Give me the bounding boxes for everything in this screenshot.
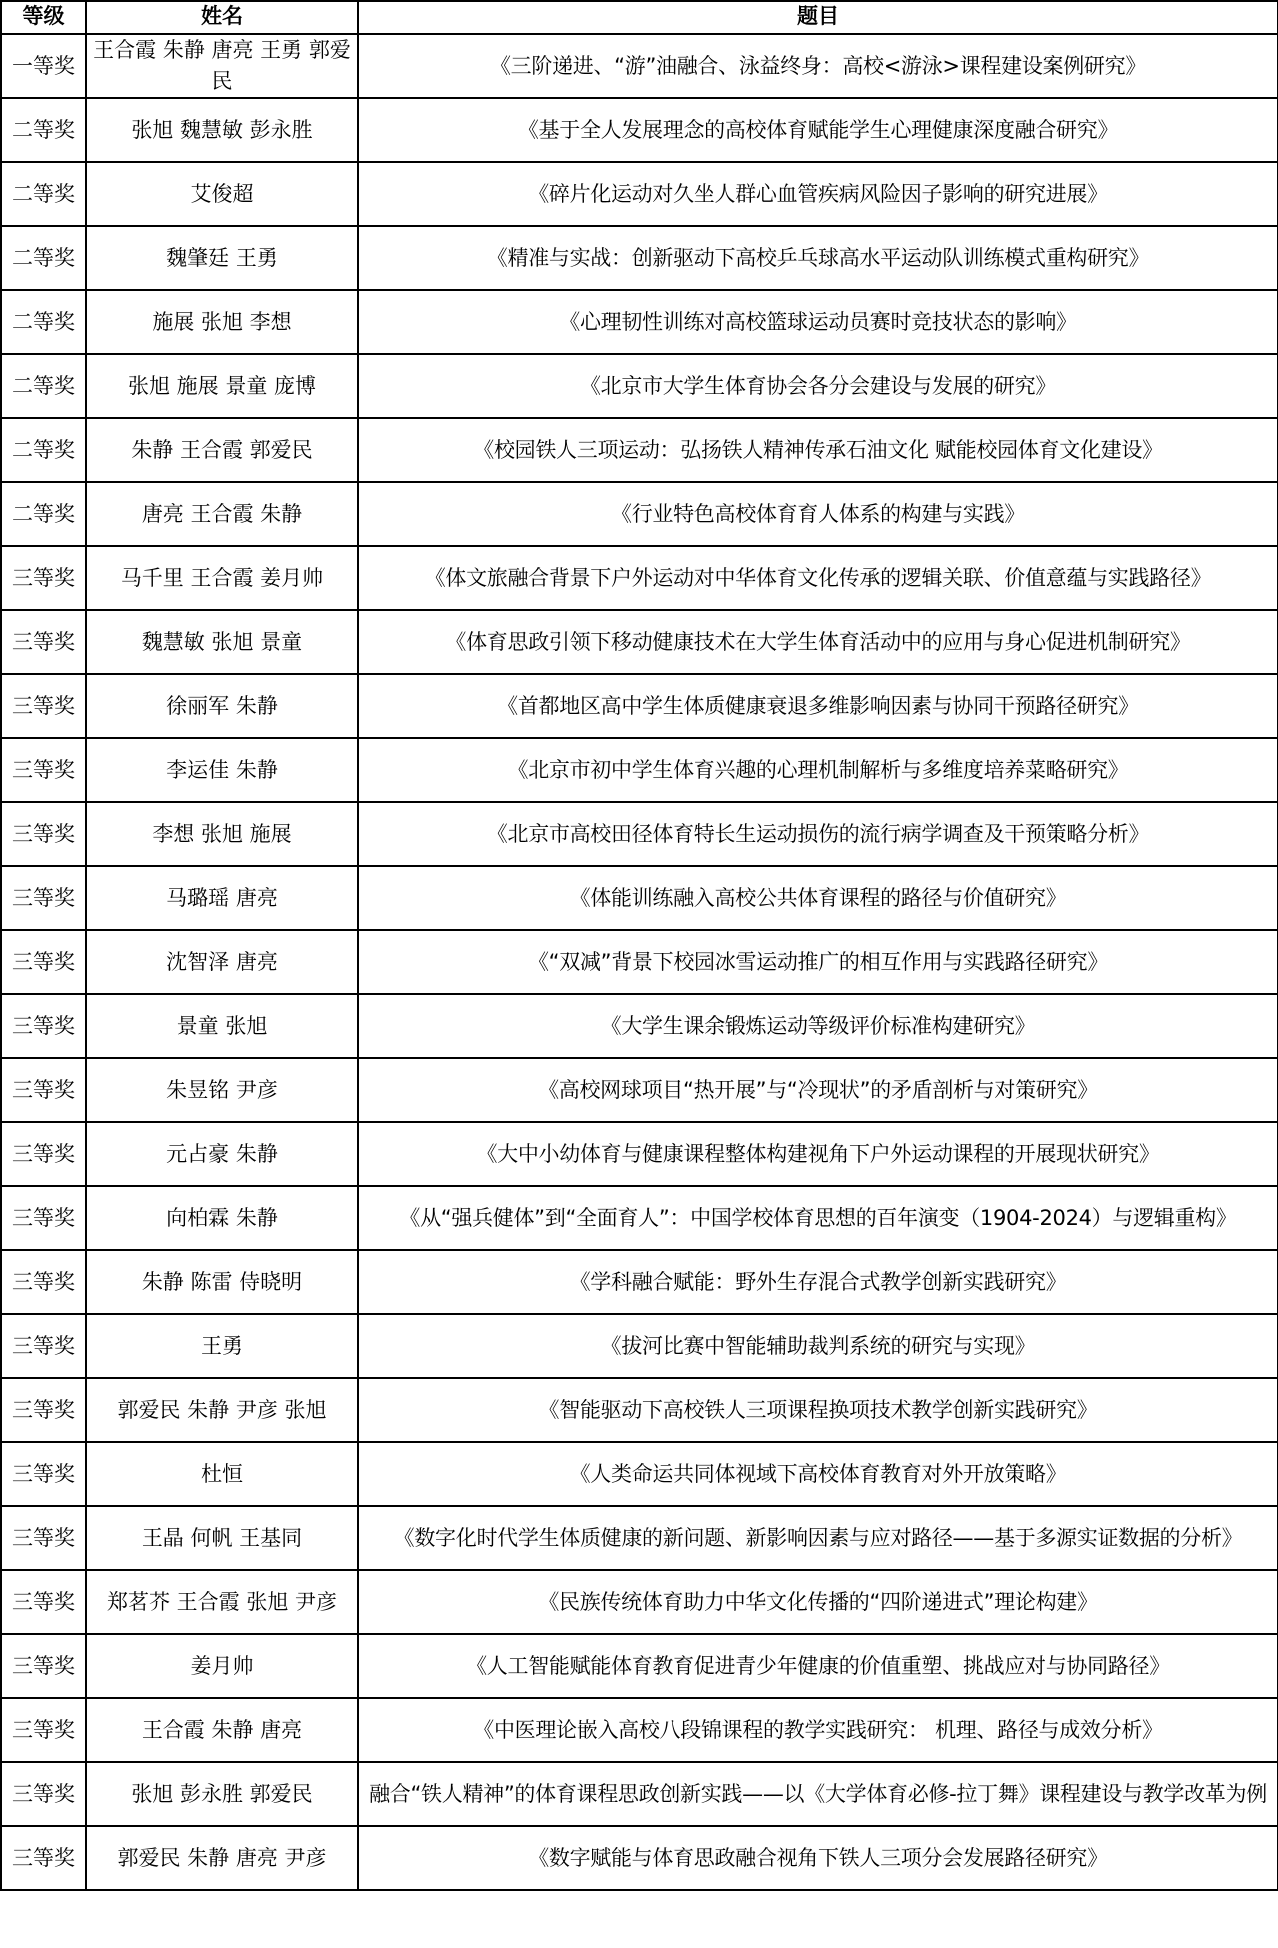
table-row: 三等奖王晶 何帆 王基同《数字化时代学生体质健康的新问题、新影响因素与应对路径—… — [1, 1506, 1278, 1570]
table-row: 三等奖郑茗芥 王合霞 张旭 尹彦《民族传统体育助力中华文化传播的“四阶递进式”理… — [1, 1570, 1278, 1634]
authors-cell: 朱静 王合霞 郭爱民 — [86, 418, 358, 482]
paper-title-cell: 融合“铁人精神”的体育课程思政创新实践——以《大学体育必修-拉丁舞》课程建设与教… — [358, 1762, 1278, 1826]
table-row: 三等奖郭爱民 朱静 唐亮 尹彦《数字赋能与体育思政融合视角下铁人三项分会发展路径… — [1, 1826, 1278, 1890]
paper-title-cell: 《三阶递进、“游”油融合、泳益终身：高校<游泳>课程建设案例研究》 — [358, 34, 1278, 98]
award-level-cell: 二等奖 — [1, 162, 86, 226]
authors-cell: 向柏霖 朱静 — [86, 1186, 358, 1250]
authors-cell: 杜恒 — [86, 1442, 358, 1506]
paper-title-cell: 《大学生课余锻炼运动等级评价标准构建研究》 — [358, 994, 1278, 1058]
award-level-cell: 二等奖 — [1, 418, 86, 482]
award-level-cell: 三等奖 — [1, 738, 86, 802]
authors-cell: 朱静 陈雷 侍晓明 — [86, 1250, 358, 1314]
paper-title-cell: 《民族传统体育助力中华文化传播的“四阶递进式”理论构建》 — [358, 1570, 1278, 1634]
award-level-cell: 二等奖 — [1, 98, 86, 162]
table-row: 一等奖王合霞 朱静 唐亮 王勇 郭爱民《三阶递进、“游”油融合、泳益终身：高校<… — [1, 34, 1278, 98]
header-level: 等级 — [1, 1, 86, 34]
authors-cell: 王勇 — [86, 1314, 358, 1378]
table-row: 二等奖艾俊超《碎片化运动对久坐人群心血管疾病风险因子影响的研究进展》 — [1, 162, 1278, 226]
paper-title-cell: 《数字化时代学生体质健康的新问题、新影响因素与应对路径——基于多源实证数据的分析… — [358, 1506, 1278, 1570]
award-level-cell: 二等奖 — [1, 482, 86, 546]
authors-cell: 张旭 魏慧敏 彭永胜 — [86, 98, 358, 162]
authors-cell: 徐丽军 朱静 — [86, 674, 358, 738]
award-level-cell: 三等奖 — [1, 1186, 86, 1250]
paper-title-cell: 《首都地区高中学生体质健康衰退多维影响因素与协同干预路径研究》 — [358, 674, 1278, 738]
award-level-cell: 三等奖 — [1, 610, 86, 674]
authors-cell: 景童 张旭 — [86, 994, 358, 1058]
paper-title-cell: 《体能训练融入高校公共体育课程的路径与价值研究》 — [358, 866, 1278, 930]
table-row: 二等奖施展 张旭 李想《心理韧性训练对高校篮球运动员赛时竞技状态的影响》 — [1, 290, 1278, 354]
authors-cell: 朱昱铭 尹彦 — [86, 1058, 358, 1122]
award-level-cell: 三等奖 — [1, 1250, 86, 1314]
table-row: 二等奖张旭 魏慧敏 彭永胜《基于全人发展理念的高校体育赋能学生心理健康深度融合研… — [1, 98, 1278, 162]
award-level-cell: 三等奖 — [1, 1570, 86, 1634]
paper-title-cell: 《人类命运共同体视域下高校体育教育对外开放策略》 — [358, 1442, 1278, 1506]
authors-cell: 张旭 彭永胜 郭爱民 — [86, 1762, 358, 1826]
table-row: 三等奖沈智泽 唐亮《“双减”背景下校园冰雪运动推广的相互作用与实践路径研究》 — [1, 930, 1278, 994]
paper-title-cell: 《行业特色高校体育育人体系的构建与实践》 — [358, 482, 1278, 546]
paper-title-cell: 《校园铁人三项运动：弘扬铁人精神传承石油文化 赋能校园体育文化建设》 — [358, 418, 1278, 482]
award-level-cell: 三等奖 — [1, 1122, 86, 1186]
paper-title-cell: 《人工智能赋能体育教育促进青少年健康的价值重塑、挑战应对与协同路径》 — [358, 1634, 1278, 1698]
authors-cell: 郑茗芥 王合霞 张旭 尹彦 — [86, 1570, 358, 1634]
table-row: 二等奖魏肇廷 王勇《精准与实战：创新驱动下高校乒乓球高水平运动队训练模式重构研究… — [1, 226, 1278, 290]
authors-cell: 唐亮 王合霞 朱静 — [86, 482, 358, 546]
table-row: 二等奖张旭 施展 景童 庞博《北京市大学生体育协会各分会建设与发展的研究》 — [1, 354, 1278, 418]
paper-title-cell: 《北京市大学生体育协会各分会建设与发展的研究》 — [358, 354, 1278, 418]
award-level-cell: 三等奖 — [1, 1506, 86, 1570]
table-row: 三等奖张旭 彭永胜 郭爱民融合“铁人精神”的体育课程思政创新实践——以《大学体育… — [1, 1762, 1278, 1826]
award-level-cell: 二等奖 — [1, 226, 86, 290]
table-row: 三等奖李想 张旭 施展《北京市高校田径体育特长生运动损伤的流行病学调查及干预策略… — [1, 802, 1278, 866]
table-row: 三等奖魏慧敏 张旭 景童《体育思政引领下移动健康技术在大学生体育活动中的应用与身… — [1, 610, 1278, 674]
table-body: 一等奖王合霞 朱静 唐亮 王勇 郭爱民《三阶递进、“游”油融合、泳益终身：高校<… — [1, 34, 1278, 1890]
authors-cell: 郭爱民 朱静 唐亮 尹彦 — [86, 1826, 358, 1890]
award-level-cell: 三等奖 — [1, 1698, 86, 1762]
paper-title-cell: 《体育思政引领下移动健康技术在大学生体育活动中的应用与身心促进机制研究》 — [358, 610, 1278, 674]
award-level-cell: 三等奖 — [1, 866, 86, 930]
paper-title-cell: 《体文旅融合背景下户外运动对中华体育文化传承的逻辑关联、价值意蕴与实践路径》 — [358, 546, 1278, 610]
authors-cell: 李想 张旭 施展 — [86, 802, 358, 866]
award-level-cell: 三等奖 — [1, 1826, 86, 1890]
table-row: 三等奖向柏霖 朱静《从“强兵健体”到“全面育人”：中国学校体育思想的百年演变（1… — [1, 1186, 1278, 1250]
paper-title-cell: 《学科融合赋能：野外生存混合式教学创新实践研究》 — [358, 1250, 1278, 1314]
award-level-cell: 三等奖 — [1, 546, 86, 610]
table-row: 三等奖郭爱民 朱静 尹彦 张旭《智能驱动下高校铁人三项课程换项技术教学创新实践研… — [1, 1378, 1278, 1442]
authors-cell: 魏慧敏 张旭 景童 — [86, 610, 358, 674]
award-level-cell: 二等奖 — [1, 290, 86, 354]
award-level-cell: 三等奖 — [1, 994, 86, 1058]
authors-cell: 王合霞 朱静 唐亮 王勇 郭爱民 — [86, 34, 358, 98]
table-row: 三等奖元占豪 朱静《大中小幼体育与健康课程整体构建视角下户外运动课程的开展现状研… — [1, 1122, 1278, 1186]
table-header-row: 等级 姓名 题目 — [1, 1, 1278, 34]
paper-title-cell: 《心理韧性训练对高校篮球运动员赛时竞技状态的影响》 — [358, 290, 1278, 354]
authors-cell: 艾俊超 — [86, 162, 358, 226]
paper-title-cell: 《中医理论嵌入高校八段锦课程的教学实践研究： 机理、路径与成效分析》 — [358, 1698, 1278, 1762]
award-level-cell: 三等奖 — [1, 1378, 86, 1442]
authors-cell: 元占豪 朱静 — [86, 1122, 358, 1186]
paper-title-cell: 《北京市高校田径体育特长生运动损伤的流行病学调查及干预策略分析》 — [358, 802, 1278, 866]
authors-cell: 沈智泽 唐亮 — [86, 930, 358, 994]
authors-cell: 施展 张旭 李想 — [86, 290, 358, 354]
award-level-cell: 三等奖 — [1, 1634, 86, 1698]
award-level-cell: 三等奖 — [1, 674, 86, 738]
authors-cell: 马千里 王合霞 姜月帅 — [86, 546, 358, 610]
award-level-cell: 一等奖 — [1, 34, 86, 98]
authors-cell: 王晶 何帆 王基同 — [86, 1506, 358, 1570]
paper-title-cell: 《从“强兵健体”到“全面育人”：中国学校体育思想的百年演变（1904-2024）… — [358, 1186, 1278, 1250]
table-row: 二等奖唐亮 王合霞 朱静《行业特色高校体育育人体系的构建与实践》 — [1, 482, 1278, 546]
authors-cell: 魏肇廷 王勇 — [86, 226, 358, 290]
authors-cell: 郭爱民 朱静 尹彦 张旭 — [86, 1378, 358, 1442]
table-row: 三等奖景童 张旭《大学生课余锻炼运动等级评价标准构建研究》 — [1, 994, 1278, 1058]
table-row: 三等奖朱昱铭 尹彦《高校网球项目“热开展”与“冷现状”的矛盾剖析与对策研究》 — [1, 1058, 1278, 1122]
paper-title-cell: 《基于全人发展理念的高校体育赋能学生心理健康深度融合研究》 — [358, 98, 1278, 162]
paper-title-cell: 《北京市初中学生体育兴趣的心理机制解析与多维度培养菜略研究》 — [358, 738, 1278, 802]
award-level-cell: 三等奖 — [1, 1442, 86, 1506]
header-title: 题目 — [358, 1, 1278, 34]
award-level-cell: 三等奖 — [1, 930, 86, 994]
table-row: 三等奖马璐瑶 唐亮《体能训练融入高校公共体育课程的路径与价值研究》 — [1, 866, 1278, 930]
authors-cell: 姜月帅 — [86, 1634, 358, 1698]
authors-cell: 张旭 施展 景童 庞博 — [86, 354, 358, 418]
table-row: 三等奖朱静 陈雷 侍晓明《学科融合赋能：野外生存混合式教学创新实践研究》 — [1, 1250, 1278, 1314]
table-row: 三等奖姜月帅《人工智能赋能体育教育促进青少年健康的价值重塑、挑战应对与协同路径》 — [1, 1634, 1278, 1698]
paper-title-cell: 《大中小幼体育与健康课程整体构建视角下户外运动课程的开展现状研究》 — [358, 1122, 1278, 1186]
table-row: 三等奖马千里 王合霞 姜月帅《体文旅融合背景下户外运动对中华体育文化传承的逻辑关… — [1, 546, 1278, 610]
paper-title-cell: 《高校网球项目“热开展”与“冷现状”的矛盾剖析与对策研究》 — [358, 1058, 1278, 1122]
paper-title-cell: 《碎片化运动对久坐人群心血管疾病风险因子影响的研究进展》 — [358, 162, 1278, 226]
awards-table: 等级 姓名 题目 一等奖王合霞 朱静 唐亮 王勇 郭爱民《三阶递进、“游”油融合… — [0, 0, 1278, 1891]
award-level-cell: 三等奖 — [1, 1058, 86, 1122]
table-row: 三等奖王勇《拔河比赛中智能辅助裁判系统的研究与实现》 — [1, 1314, 1278, 1378]
award-level-cell: 三等奖 — [1, 802, 86, 866]
table-row: 三等奖王合霞 朱静 唐亮《中医理论嵌入高校八段锦课程的教学实践研究： 机理、路径… — [1, 1698, 1278, 1762]
table-row: 三等奖李运佳 朱静《北京市初中学生体育兴趣的心理机制解析与多维度培养菜略研究》 — [1, 738, 1278, 802]
table-row: 三等奖杜恒《人类命运共同体视域下高校体育教育对外开放策略》 — [1, 1442, 1278, 1506]
award-level-cell: 三等奖 — [1, 1314, 86, 1378]
authors-cell: 李运佳 朱静 — [86, 738, 358, 802]
table-row: 二等奖朱静 王合霞 郭爱民《校园铁人三项运动：弘扬铁人精神传承石油文化 赋能校园… — [1, 418, 1278, 482]
authors-cell: 王合霞 朱静 唐亮 — [86, 1698, 358, 1762]
authors-cell: 马璐瑶 唐亮 — [86, 866, 358, 930]
paper-title-cell: 《精准与实战：创新驱动下高校乒乓球高水平运动队训练模式重构研究》 — [358, 226, 1278, 290]
award-level-cell: 二等奖 — [1, 354, 86, 418]
header-names: 姓名 — [86, 1, 358, 34]
paper-title-cell: 《智能驱动下高校铁人三项课程换项技术教学创新实践研究》 — [358, 1378, 1278, 1442]
table-row: 三等奖徐丽军 朱静《首都地区高中学生体质健康衰退多维影响因素与协同干预路径研究》 — [1, 674, 1278, 738]
paper-title-cell: 《数字赋能与体育思政融合视角下铁人三项分会发展路径研究》 — [358, 1826, 1278, 1890]
award-level-cell: 三等奖 — [1, 1762, 86, 1826]
paper-title-cell: 《“双减”背景下校园冰雪运动推广的相互作用与实践路径研究》 — [358, 930, 1278, 994]
paper-title-cell: 《拔河比赛中智能辅助裁判系统的研究与实现》 — [358, 1314, 1278, 1378]
